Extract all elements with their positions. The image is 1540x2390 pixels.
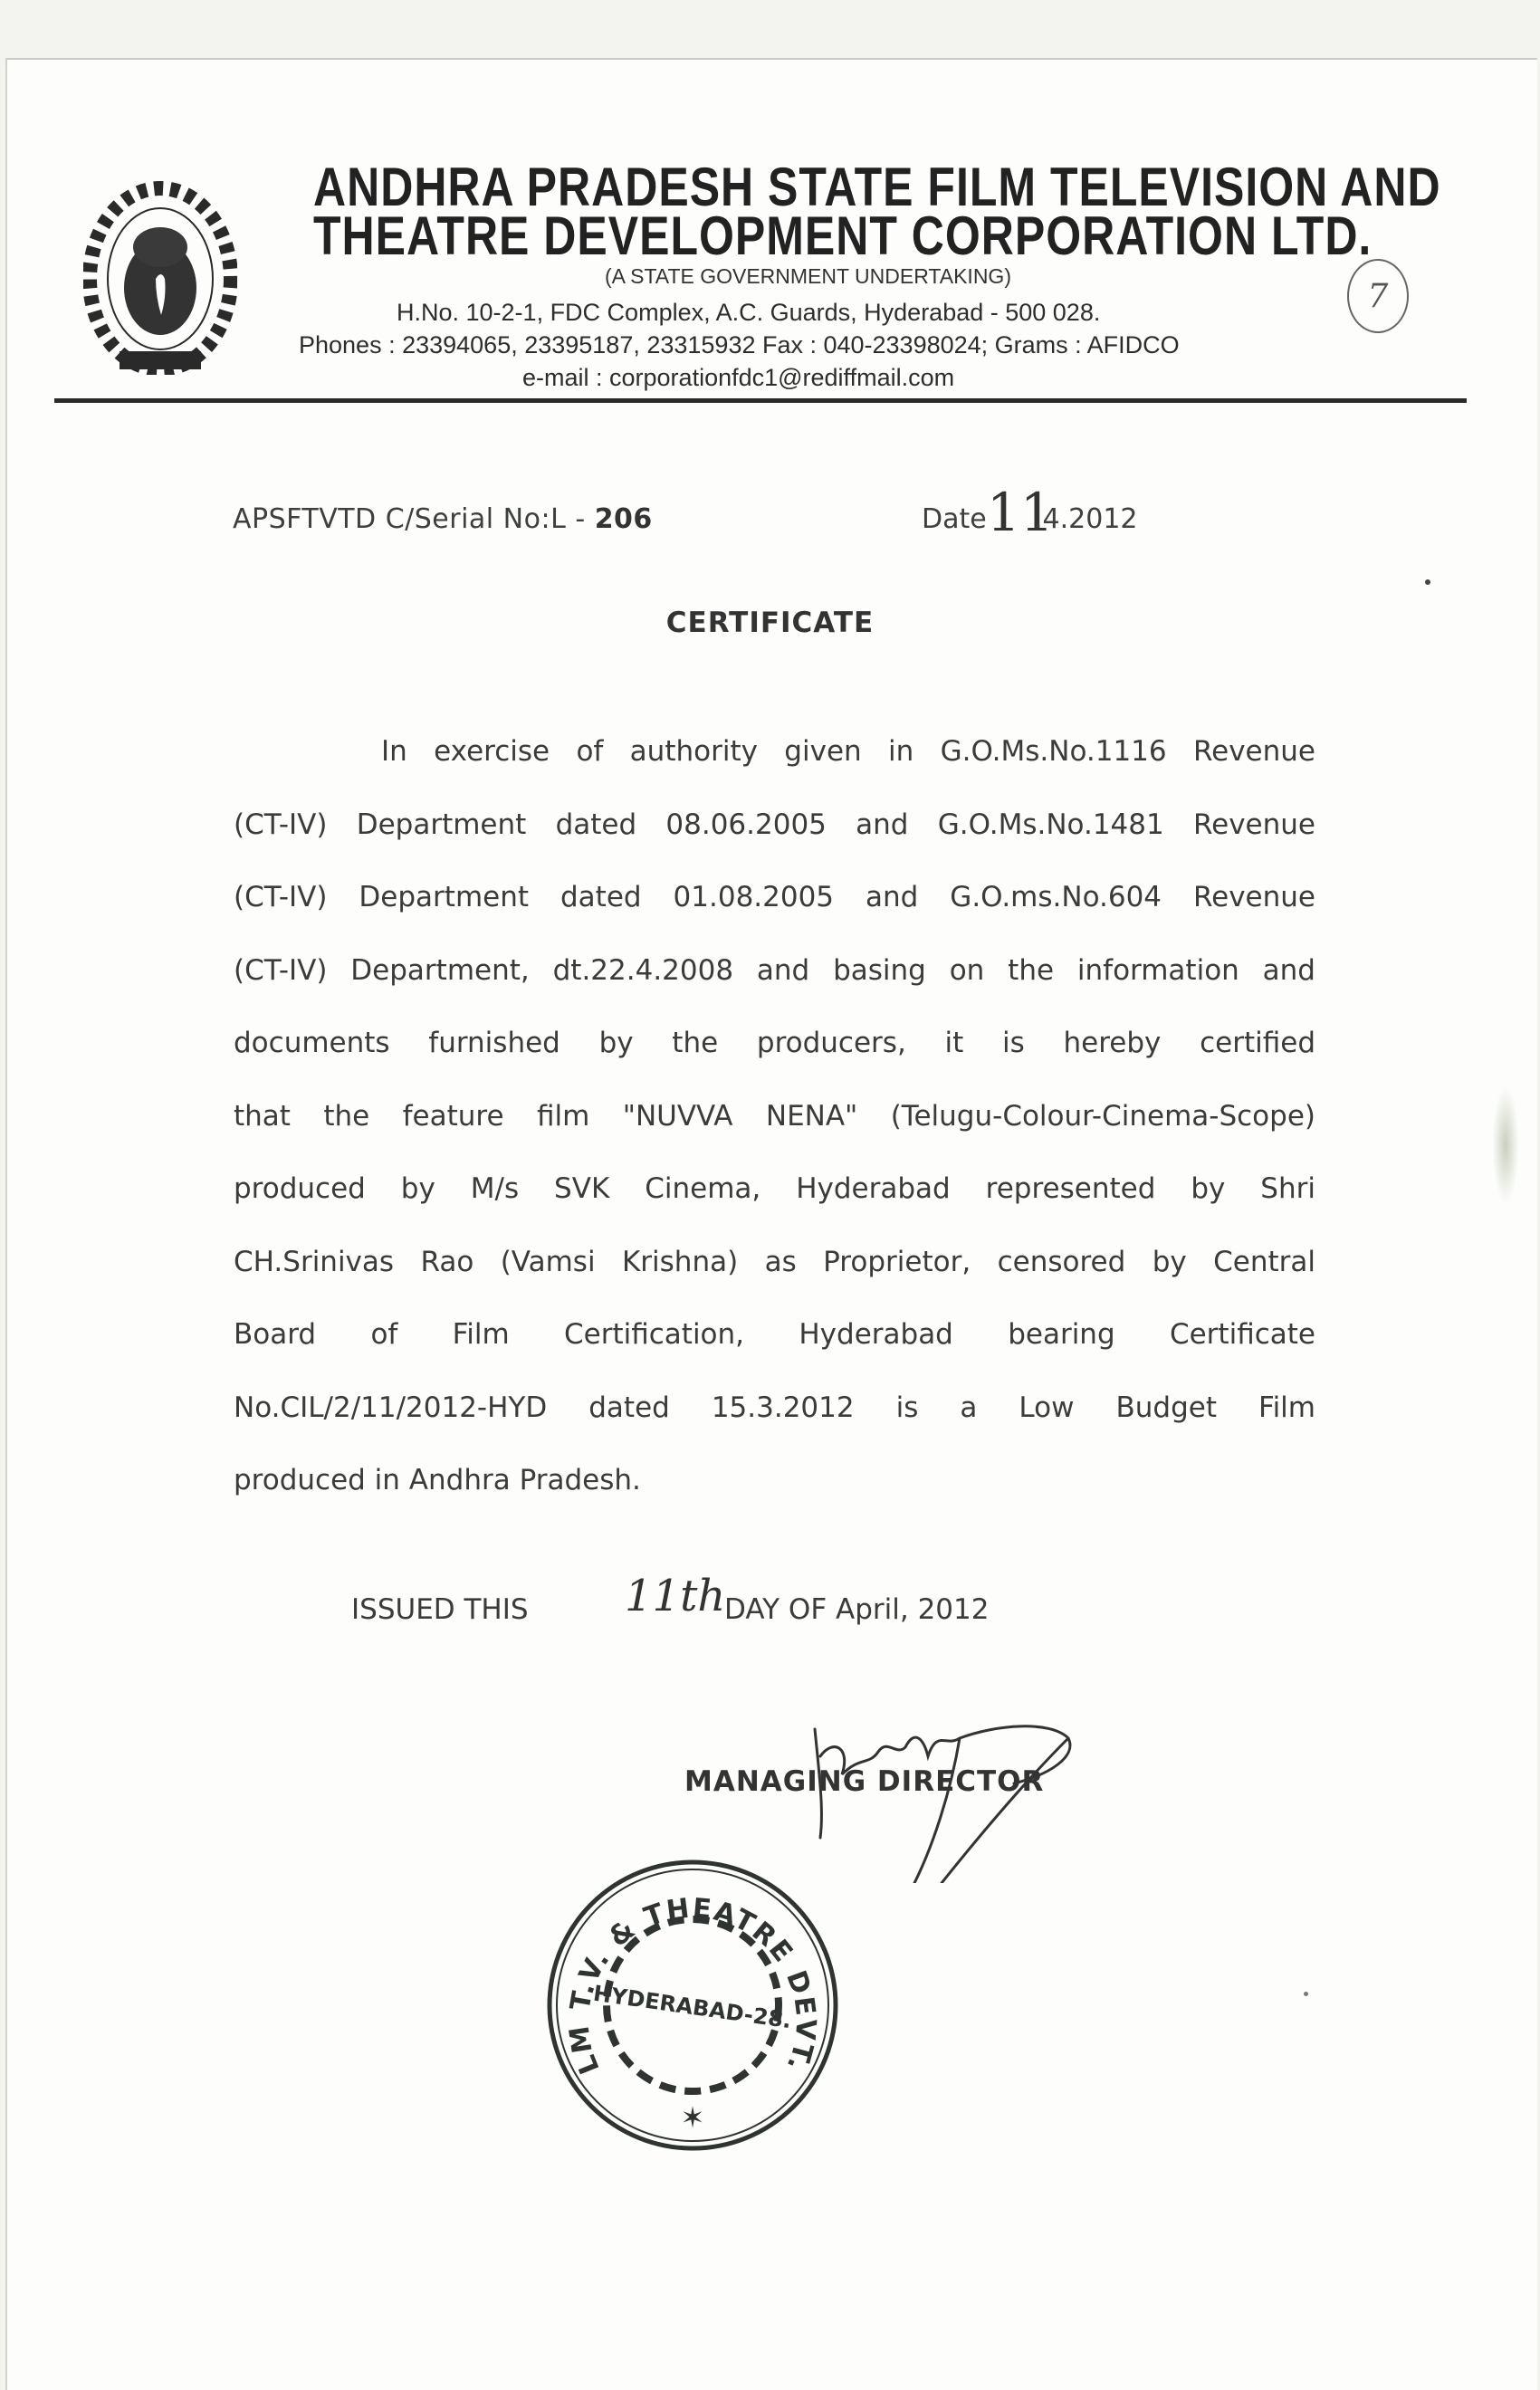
- issued-day-handwritten: 11th: [625, 1571, 725, 1621]
- body-line: (CT-IV) Department, dt.22.4.2008 and bas…: [234, 934, 1315, 1008]
- scan-speck: [1492, 1086, 1519, 1204]
- scan-dot: [1425, 579, 1430, 585]
- date-label: Date: [922, 503, 987, 535]
- serial-value: 206: [595, 503, 653, 535]
- letterhead-subtitle: (A STATE GOVERNMENT UNDERTAKING): [605, 264, 1011, 289]
- body-line: (CT-IV) Department dated 08.06.2005 and …: [234, 789, 1315, 862]
- body-line: Board of Film Certification, Hyderabad b…: [234, 1298, 1315, 1372]
- body-line: (CT-IV) Department dated 01.08.2005 and …: [234, 861, 1315, 934]
- issued-prefix: ISSUED THIS: [351, 1593, 529, 1626]
- body-line: No.CIL/2/11/2012-HYD dated 15.3.2012 is …: [234, 1372, 1315, 1445]
- issued-suffix: DAY OF April, 2012: [724, 1593, 989, 1626]
- serial-label: APSFTVTD C/Serial No:L -: [233, 503, 595, 535]
- date-value: .4.2012: [1034, 503, 1138, 535]
- body-line: documents furnished by the producers, it…: [234, 1007, 1315, 1080]
- letterhead-phones: Phones : 23394065, 23395187, 23315932 Fa…: [299, 331, 1180, 359]
- certificate-body: In exercise of authority given in G.O.Ms…: [234, 715, 1315, 1517]
- certificate-title: CERTIFICATE: [0, 607, 1540, 639]
- serial-number: APSFTVTD C/Serial No:L - 206: [233, 503, 653, 535]
- body-line: produced in Andhra Pradesh.: [234, 1444, 1315, 1517]
- body-line: In exercise of authority given in G.O.Ms…: [234, 715, 1315, 789]
- letterhead-divider: [54, 398, 1467, 403]
- body-line: that the feature film "NUVVA NENA" (Telu…: [234, 1080, 1315, 1153]
- svg-text:HYDERABAD-28.: HYDERABAD-28.: [592, 1981, 793, 2033]
- body-line: CH.Srinivas Rao (Vamsi Krishna) as Propr…: [234, 1226, 1315, 1299]
- round-seal-stamp-icon: A.P. STATE FILM T.V. & THEATRE DEVT. COR…: [543, 1856, 842, 2155]
- svg-text:✶: ✶: [681, 2100, 705, 2135]
- letterhead-title-line2: THEATRE DEVELOPMENT CORPORATION LTD.: [313, 205, 1372, 268]
- letterhead-email: e-mail : corporationfdc1@rediffmail.com: [522, 364, 954, 392]
- body-line: produced by M/s SVK Cinema, Hyderabad re…: [234, 1152, 1315, 1226]
- letterhead-address: H.No. 10-2-1, FDC Complex, A.C. Guards, …: [397, 299, 1100, 327]
- scan-dot: [1304, 1992, 1308, 1996]
- state-emblem-logo-icon: [83, 161, 237, 375]
- page-number-annotation: 7: [1347, 259, 1409, 333]
